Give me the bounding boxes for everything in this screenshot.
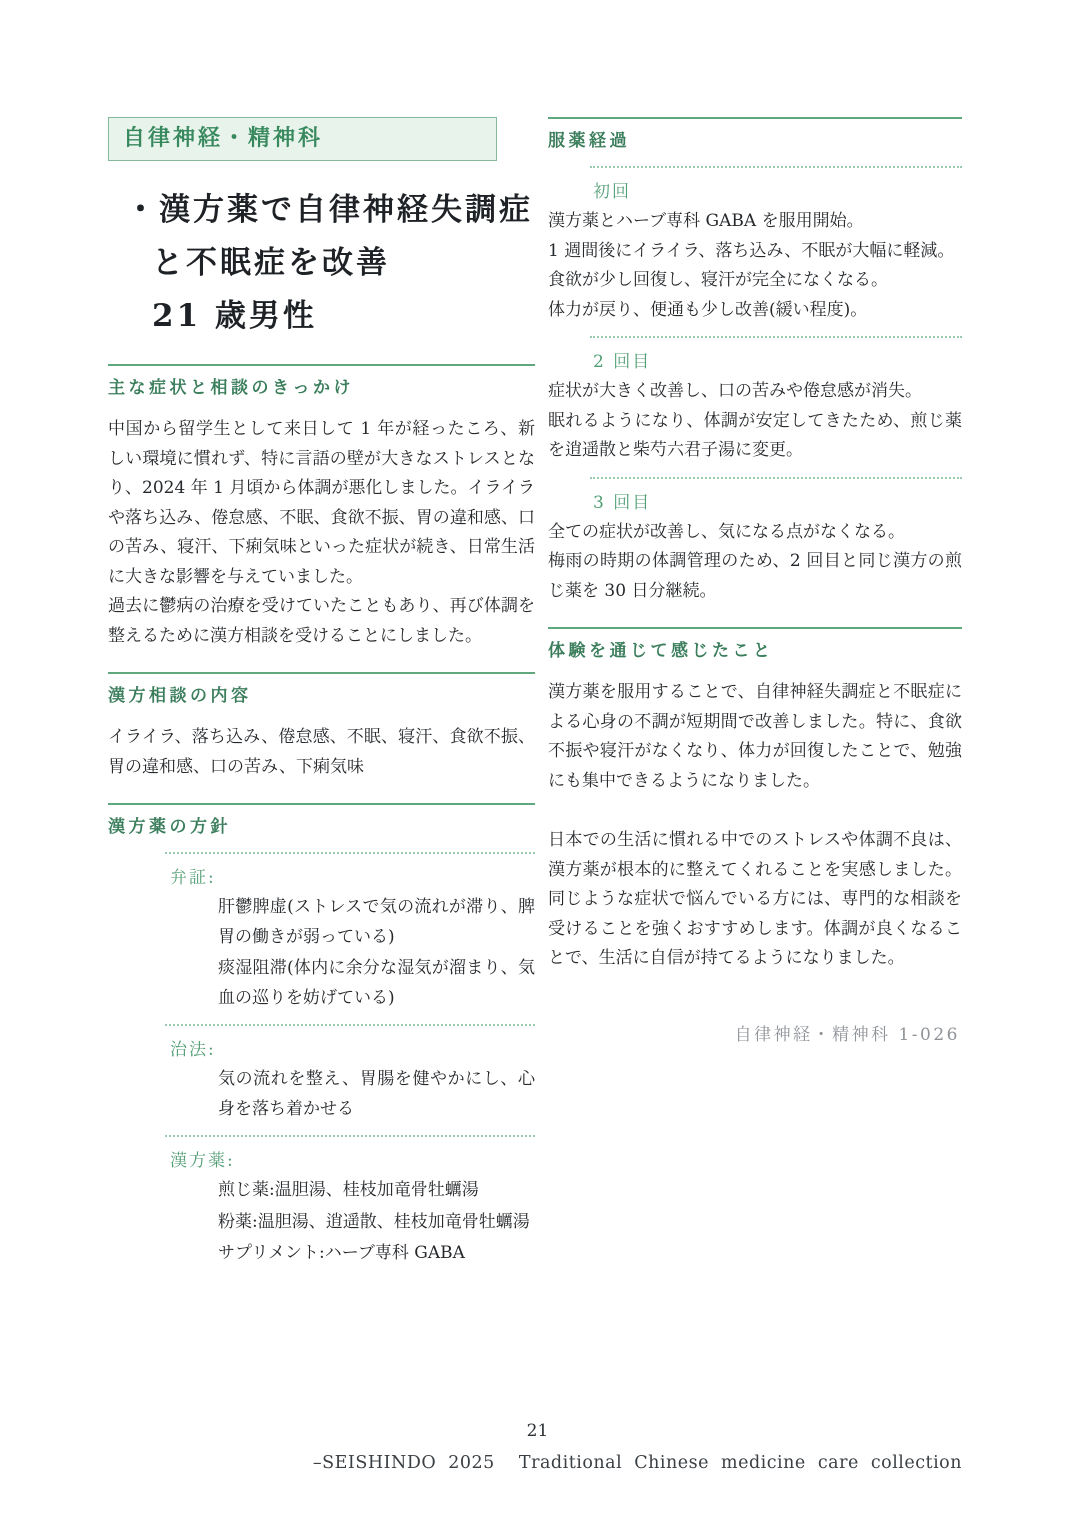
dotted-divider [590, 166, 962, 168]
dotted-divider [590, 477, 962, 479]
right-column: 服薬経過 初回 漢方薬とハーブ専科 GABA を服用開始。 1 週間後にイライラ… [548, 117, 962, 1045]
section-course: 服薬経過 初回 漢方薬とハーブ専科 GABA を服用開始。 1 週間後にイライラ… [548, 117, 962, 606]
course-entry-line: 1 週間後にイライラ、落ち込み、不眠が大幅に軽減。 [548, 237, 962, 267]
policy-item-label: 漢方薬: [170, 1147, 535, 1176]
reflection-paragraph: 日本での生活に慣れる中でのストレスや体調不良は、漢方薬が根本的に整えてくれること… [548, 826, 962, 974]
section-reflection-heading: 体験を通じて感じたこと [548, 627, 962, 665]
case-title-line: ・漢方薬で自律神経失調症 [125, 184, 535, 237]
course-entry-line: 梅雨の時期の体調管理のため、2 回目と同じ漢方の煎じ薬を 30 日分継続。 [548, 547, 962, 606]
policy-item-line: 痰湿阻滞(体内に余分な湿気が溜まり、気血の巡りを妨げている) [218, 954, 535, 1013]
section-consultation-heading: 漢方相談の内容 [108, 672, 535, 710]
case-reference-code: 自律神経・精神科 1-026 [548, 1020, 962, 1045]
dotted-divider [165, 1135, 535, 1137]
footer-credit: –SEISHINDO 2025 Traditional Chinese medi… [313, 1453, 962, 1473]
page-number: 21 [0, 1421, 1075, 1441]
reflection-paragraph: 漢方薬を服用することで、自律神経失調症と不眠症による心身の不調が短期間で改善しま… [548, 678, 962, 796]
page-content: 自律神経・精神科 ・漢方薬で自律神経失調症 と不眠症を改善 21 歳男性 主な症… [108, 117, 962, 1271]
case-title-line: と不眠症を改善 [152, 237, 535, 290]
section-symptoms-heading: 主な症状と相談のきっかけ [108, 364, 535, 402]
section-course-heading: 服薬経過 [548, 117, 962, 155]
policy-item-line: 気の流れを整え、胃腸を健やかにし、心身を落ち着かせる [218, 1065, 535, 1124]
dotted-divider [165, 852, 535, 854]
symptoms-paragraph: 中国から留学生として来日して 1 年が経ったころ、新しい環境に慣れず、特に言語の… [108, 415, 535, 592]
section-policy: 漢方薬の方針 弁証: 肝鬱脾虚(ストレスで気の流れが滞り、脾胃の働きが弱っている… [108, 803, 535, 1269]
paragraph-gap [548, 796, 962, 826]
policy-item-label: 弁証: [170, 864, 535, 893]
consultation-body: イライラ、落ち込み、倦怠感、不眠、寝汗、食欲不振、胃の違和感、口の苦み、下痢気味 [108, 723, 535, 782]
course-entry-line: 漢方薬とハーブ専科 GABA を服用開始。 [548, 207, 962, 237]
course-entry-line: 全ての症状が改善し、気になる点がなくなる。 [548, 518, 962, 548]
policy-item-line: サプリメント:ハーブ専科 GABA [218, 1239, 535, 1269]
left-column: 自律神経・精神科 ・漢方薬で自律神経失調症 と不眠症を改善 21 歳男性 主な症… [108, 117, 535, 1271]
case-title-line: 21 歳男性 [152, 290, 535, 343]
policy-item-line: 煎じ薬:温胆湯、桂枝加竜骨牡蠣湯 [218, 1176, 535, 1206]
course-entry-label: 2 回目 [593, 348, 962, 377]
symptoms-paragraph: 過去に鬱病の治療を受けていたこともあり、再び体調を整えるために漢方相談を受けるこ… [108, 592, 535, 651]
course-entry-line: 食欲が少し回復し、寝汗が完全になくなる。 [548, 266, 962, 296]
policy-item-line: 粉薬:温胆湯、逍遥散、桂枝加竜骨牡蠣湯 [218, 1208, 535, 1238]
course-entry-label: 3 回目 [593, 489, 962, 518]
section-symptoms: 主な症状と相談のきっかけ 中国から留学生として来日して 1 年が経ったころ、新し… [108, 364, 535, 651]
course-entry-line: 眠れるようになり、体調が安定してきたため、煎じ薬を逍遥散と柴芍六君子湯に変更。 [548, 407, 962, 466]
course-entry-line: 症状が大きく改善し、口の苦みや倦怠感が消失。 [548, 377, 962, 407]
dotted-divider [590, 336, 962, 338]
policy-item-line: 肝鬱脾虚(ストレスで気の流れが滞り、脾胃の働きが弱っている) [218, 893, 535, 952]
section-policy-heading: 漢方薬の方針 [108, 803, 535, 841]
course-entry-line: 体力が戻り、便通も少し改善(緩い程度)。 [548, 296, 962, 326]
section-reflection: 体験を通じて感じたこと 漢方薬を服用することで、自律神経失調症と不眠症による心身… [548, 627, 962, 974]
policy-item-label: 治法: [170, 1036, 535, 1065]
course-entry-label: 初回 [593, 178, 962, 207]
category-label: 自律神経・精神科 [123, 125, 323, 151]
dotted-divider [165, 1024, 535, 1026]
case-title: ・漢方薬で自律神経失調症 と不眠症を改善 21 歳男性 [108, 184, 535, 343]
section-consultation: 漢方相談の内容 イライラ、落ち込み、倦怠感、不眠、寝汗、食欲不振、胃の違和感、口… [108, 672, 535, 782]
category-box: 自律神経・精神科 [108, 117, 497, 161]
